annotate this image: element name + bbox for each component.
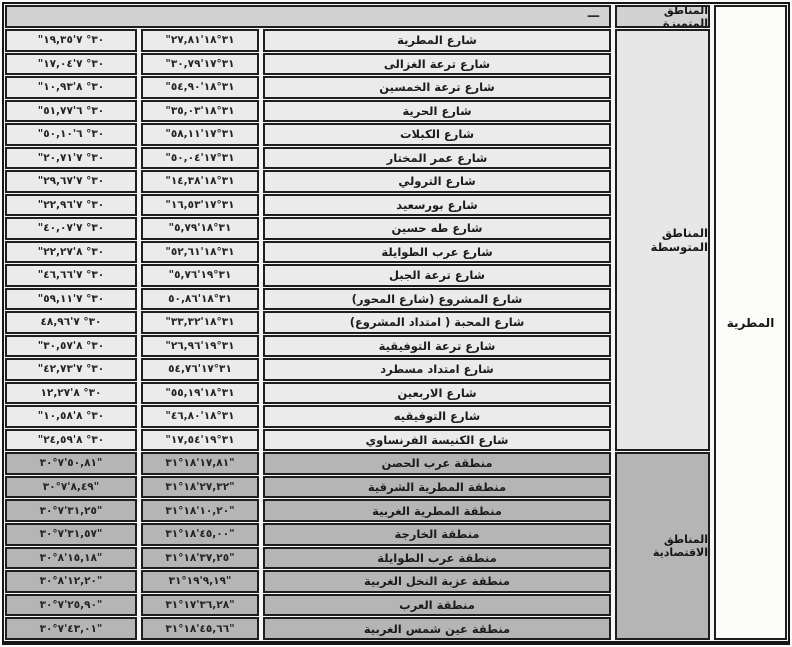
street-name-cell: شارع الكنيسة الفرنساوي [263, 429, 611, 452]
latitude-cell: "٢٤,٥٩'٨ °٣٠ [5, 429, 137, 452]
latitude-cell: ٣٠°٧'٨,٤٩" [5, 476, 137, 499]
longitude-cell: ٣١°١٨'٤٥,٠٠" [141, 523, 259, 546]
longitude-cell: "٤٦,٨٠'١٨°٣١ [141, 405, 259, 428]
longitude-cell: ٣١°١٩'٩,١٩" [141, 570, 259, 593]
latitude-cell: "١٩,٣٥'٧ °٣٠ [5, 29, 137, 52]
table-row: ٣٠°٧'٤٣,٠١" ٣١°١٨'٤٥,٦٦" منطقة عين شمس ا… [5, 617, 611, 640]
longitude-cell: "٥٠,٠٤'١٧°٣١ [141, 147, 259, 170]
table-row: "٥١,٧٧'٦ °٣٠ "٣٥,٠٣'١٨°٣١ شارع الحرية [5, 100, 611, 123]
longitude-cell: ٣١°١٨'١٧,٨١" [141, 452, 259, 475]
distinguished-areas-row: — [5, 5, 611, 28]
area-name-cell: منطقة العرب [263, 594, 611, 617]
latitude-cell: "٥١,٧٧'٦ °٣٠ [5, 100, 137, 123]
area-name-cell: منطقة المطرية الغربية [263, 499, 611, 522]
table-row: "٥٠,١٠'٦ °٣٠ "٥٨,١١'١٧°٣١ شارع الكبلات [5, 123, 611, 146]
longitude-cell: ٣١°١٨'٣٧,٢٥" [141, 547, 259, 570]
area-name-cell: منطقة الخارجة [263, 523, 611, 546]
region-column: المطرية [714, 5, 787, 640]
street-name-cell: شارع الحرية [263, 100, 611, 123]
table-row: ٣٠°٧'٥٠,٨١" ٣١°١٨'١٧,٨١" منطقة عرب الحصن [5, 452, 611, 475]
table-row: "٤٦,٦٦'٧ °٣٠ "٥,٧٦'١٩°٣١ شارع ترعة الجبل [5, 264, 611, 287]
longitude-cell: "٥٤,٩٠'١٨°٣١ [141, 76, 259, 99]
table-row: "٢٢,٩٦'٧ °٣٠ "١٦,٥٣'١٧°٣١ شارع بورسعيد [5, 194, 611, 217]
latitude-cell: ٣٠°٨'١٢,٢٠" [5, 570, 137, 593]
area-name-cell: منطقة عرب الحصن [263, 452, 611, 475]
economic-areas-rows: ٣٠°٧'٥٠,٨١" ٣١°١٨'١٧,٨١" منطقة عرب الحصن… [5, 452, 611, 640]
table-row: ٣٠°٧'٢٥,٩٠" ٣١°١٧'٣٦,٢٨" منطقة العرب [5, 594, 611, 617]
street-name-cell: شارع ترعة الخمسين [263, 76, 611, 99]
coordinates-table: — "١٩,٣٥'٧ °٣٠ "٢٧,٨١'١٨°٣١ شارع المطرية… [2, 2, 790, 645]
table-row: "٢٢,٢٧'٨ °٣٠ "٥٢,٦١'١٨°٣١ شارع عرب الطوا… [5, 241, 611, 264]
table-row: "٥٩,١١'٧ °٣٠ ٥٠,٨٦'١٨°٣١ شارع المشروع (ش… [5, 288, 611, 311]
table-rows-area: — "١٩,٣٥'٧ °٣٠ "٢٧,٨١'١٨°٣١ شارع المطرية… [5, 5, 611, 640]
street-name-cell: شارع ترعة التوفيقية [263, 335, 611, 358]
empty-dash: — [587, 9, 600, 24]
table-row: "٢٤,٥٩'٨ °٣٠ "١٧,٥٤'١٩°٣١ شارع الكنيسة ا… [5, 429, 611, 452]
longitude-cell: "٢٦,٩٦'١٩°٣١ [141, 335, 259, 358]
latitude-cell: ٣٠°٧'٤٣,٠١" [5, 617, 137, 640]
longitude-cell: "٥٨,١١'١٧°٣١ [141, 123, 259, 146]
street-name-cell: شارع بورسعيد [263, 194, 611, 217]
table-row: "١٠,٥٨'٨ °٣٠ "٤٦,٨٠'١٨°٣١ شارع التوفيقيه [5, 405, 611, 428]
latitude-cell: "٥٠,١٠'٦ °٣٠ [5, 123, 137, 146]
street-name-cell: شارع المطرية [263, 29, 611, 52]
street-name-cell: شارع الاربعين [263, 382, 611, 405]
latitude-cell: ٤٨,٩٦'٧ °٣٠ [5, 311, 137, 334]
longitude-cell: ٣١°١٨'٤٥,٦٦" [141, 617, 259, 640]
table-row: ٣٠°٧'٣١,٢٥" ٣١°١٨'١٠,٢٠" منطقة المطرية ا… [5, 499, 611, 522]
longitude-cell: ٥٠,٨٦'١٨°٣١ [141, 288, 259, 311]
latitude-cell: "٢٢,٢٧'٨ °٣٠ [5, 241, 137, 264]
latitude-cell: "٢٠,٧١'٧ °٣٠ [5, 147, 137, 170]
area-name-cell: منطقة عرب الطوايلة [263, 547, 611, 570]
table-row: ٤٨,٩٦'٧ °٣٠ "٣٣,٣٢'١٨°٣١ شارع المحبة ( ا… [5, 311, 611, 334]
latitude-cell: ٣٠°٧'٣١,٥٧" [5, 523, 137, 546]
longitude-cell: "٥,٧٩'١٨°٣١ [141, 217, 259, 240]
table-row: "٢٩,٦٧'٧ °٣٠ "١٤,٣٨'١٨°٣١ شارع الترولي [5, 170, 611, 193]
latitude-cell: "٥٩,١١'٧ °٣٠ [5, 288, 137, 311]
longitude-cell: "٢٧,٨١'١٨°٣١ [141, 29, 259, 52]
latitude-cell: ٣٠°٧'٢٥,٩٠" [5, 594, 137, 617]
table-row: "١٧,٠٤'٧ °٣٠ "٣٠,٧٩'١٧°٣١ شارع ترعة الغز… [5, 53, 611, 76]
distinguished-areas-empty-cell: — [5, 5, 611, 28]
latitude-cell: "١٠,٩٣'٨ °٣٠ [5, 76, 137, 99]
street-name-cell: شارع امتداد مسطرد [263, 358, 611, 381]
latitude-cell: ٣٠°٧'٣١,٢٥" [5, 499, 137, 522]
latitude-cell: "٣٠,٥٧'٨ °٣٠ [5, 335, 137, 358]
street-name-cell: شارع ترعة الغزالى [263, 53, 611, 76]
street-name-cell: شارع المحبة ( امتداد المشروع) [263, 311, 611, 334]
longitude-cell: "٣٥,٠٣'١٨°٣١ [141, 100, 259, 123]
longitude-cell: "١٤,٣٨'١٨°٣١ [141, 170, 259, 193]
table-row: ١٢,٢٧'٨ °٣٠ "٥٥,١٩'١٨°٣١ شارع الاربعين [5, 382, 611, 405]
latitude-cell: "٤٠,٠٧'٧ °٣٠ [5, 217, 137, 240]
area-name-cell: منطقة عين شمس الغربية [263, 617, 611, 640]
table-row: ٣٠°٨'١٥,١٨" ٣١°١٨'٣٧,٢٥" منطقة عرب الطوا… [5, 547, 611, 570]
longitude-cell: "٥٢,٦١'١٨°٣١ [141, 241, 259, 264]
table-row: "١٩,٣٥'٧ °٣٠ "٢٧,٨١'١٨°٣١ شارع المطرية [5, 29, 611, 52]
longitude-cell: "٣٠,٧٩'١٧°٣١ [141, 53, 259, 76]
category-column: المناطق المتميزة المناطق المتوسطة المناط… [615, 5, 710, 640]
longitude-cell: ٥٤,٧٦'١٧°٣١ [141, 358, 259, 381]
street-name-cell: شارع التوفيقيه [263, 405, 611, 428]
latitude-cell: "١٠,٥٨'٨ °٣٠ [5, 405, 137, 428]
category-distinguished-areas: المناطق المتميزة [615, 5, 710, 28]
longitude-cell: "١٦,٥٣'١٧°٣١ [141, 194, 259, 217]
table-row: "٤٠,٠٧'٧ °٣٠ "٥,٧٩'١٨°٣١ شارع طه حسين [5, 217, 611, 240]
table-row: "٣٠,٥٧'٨ °٣٠ "٢٦,٩٦'١٩°٣١ شارع ترعة التو… [5, 335, 611, 358]
longitude-cell: ٣١°١٧'٣٦,٢٨" [141, 594, 259, 617]
longitude-cell: ٣١°١٨'٢٧,٣٢" [141, 476, 259, 499]
longitude-cell: "٥,٧٦'١٩°٣١ [141, 264, 259, 287]
category-economic-areas: المناطق الاقتصادية [615, 452, 710, 640]
middle-areas-rows: "١٩,٣٥'٧ °٣٠ "٢٧,٨١'١٨°٣١ شارع المطرية "… [5, 29, 611, 451]
longitude-cell: "٣٣,٣٢'١٨°٣١ [141, 311, 259, 334]
table-row: ٣٠°٧'٨,٤٩" ٣١°١٨'٢٧,٣٢" منطقة المطرية ال… [5, 476, 611, 499]
table-row: "٢٠,٧١'٧ °٣٠ "٥٠,٠٤'١٧°٣١ شارع عمر المخت… [5, 147, 611, 170]
latitude-cell: "١٧,٠٤'٧ °٣٠ [5, 53, 137, 76]
street-name-cell: شارع ترعة الجبل [263, 264, 611, 287]
longitude-cell: ٣١°١٨'١٠,٢٠" [141, 499, 259, 522]
street-name-cell: شارع عرب الطوايلة [263, 241, 611, 264]
table-row: "١٠,٩٣'٨ °٣٠ "٥٤,٩٠'١٨°٣١ شارع ترعة الخم… [5, 76, 611, 99]
street-name-cell: شارع المشروع (شارع المحور) [263, 288, 611, 311]
latitude-cell: "٢٢,٩٦'٧ °٣٠ [5, 194, 137, 217]
latitude-cell: "٤٦,٦٦'٧ °٣٠ [5, 264, 137, 287]
street-name-cell: شارع طه حسين [263, 217, 611, 240]
latitude-cell: ١٢,٢٧'٨ °٣٠ [5, 382, 137, 405]
latitude-cell: ٣٠°٧'٥٠,٨١" [5, 452, 137, 475]
street-name-cell: شارع عمر المختار [263, 147, 611, 170]
street-name-cell: شارع الترولي [263, 170, 611, 193]
latitude-cell: ٣٠°٨'١٥,١٨" [5, 547, 137, 570]
longitude-cell: "١٧,٥٤'١٩°٣١ [141, 429, 259, 452]
area-name-cell: منطقة المطرية الشرقية [263, 476, 611, 499]
latitude-cell: "٤٢,٧٣'٧ °٣٠ [5, 358, 137, 381]
area-name-cell: منطقة عزبة النخل الغربية [263, 570, 611, 593]
category-middle-areas: المناطق المتوسطة [615, 29, 710, 451]
table-row: ٣٠°٨'١٢,٢٠" ٣١°١٩'٩,١٩" منطقة عزبة النخل… [5, 570, 611, 593]
street-name-cell: شارع الكبلات [263, 123, 611, 146]
table-row: "٤٢,٧٣'٧ °٣٠ ٥٤,٧٦'١٧°٣١ شارع امتداد مسط… [5, 358, 611, 381]
latitude-cell: "٢٩,٦٧'٧ °٣٠ [5, 170, 137, 193]
region-label: المطرية [714, 5, 787, 640]
table-row: ٣٠°٧'٣١,٥٧" ٣١°١٨'٤٥,٠٠" منطقة الخارجة [5, 523, 611, 546]
longitude-cell: "٥٥,١٩'١٨°٣١ [141, 382, 259, 405]
